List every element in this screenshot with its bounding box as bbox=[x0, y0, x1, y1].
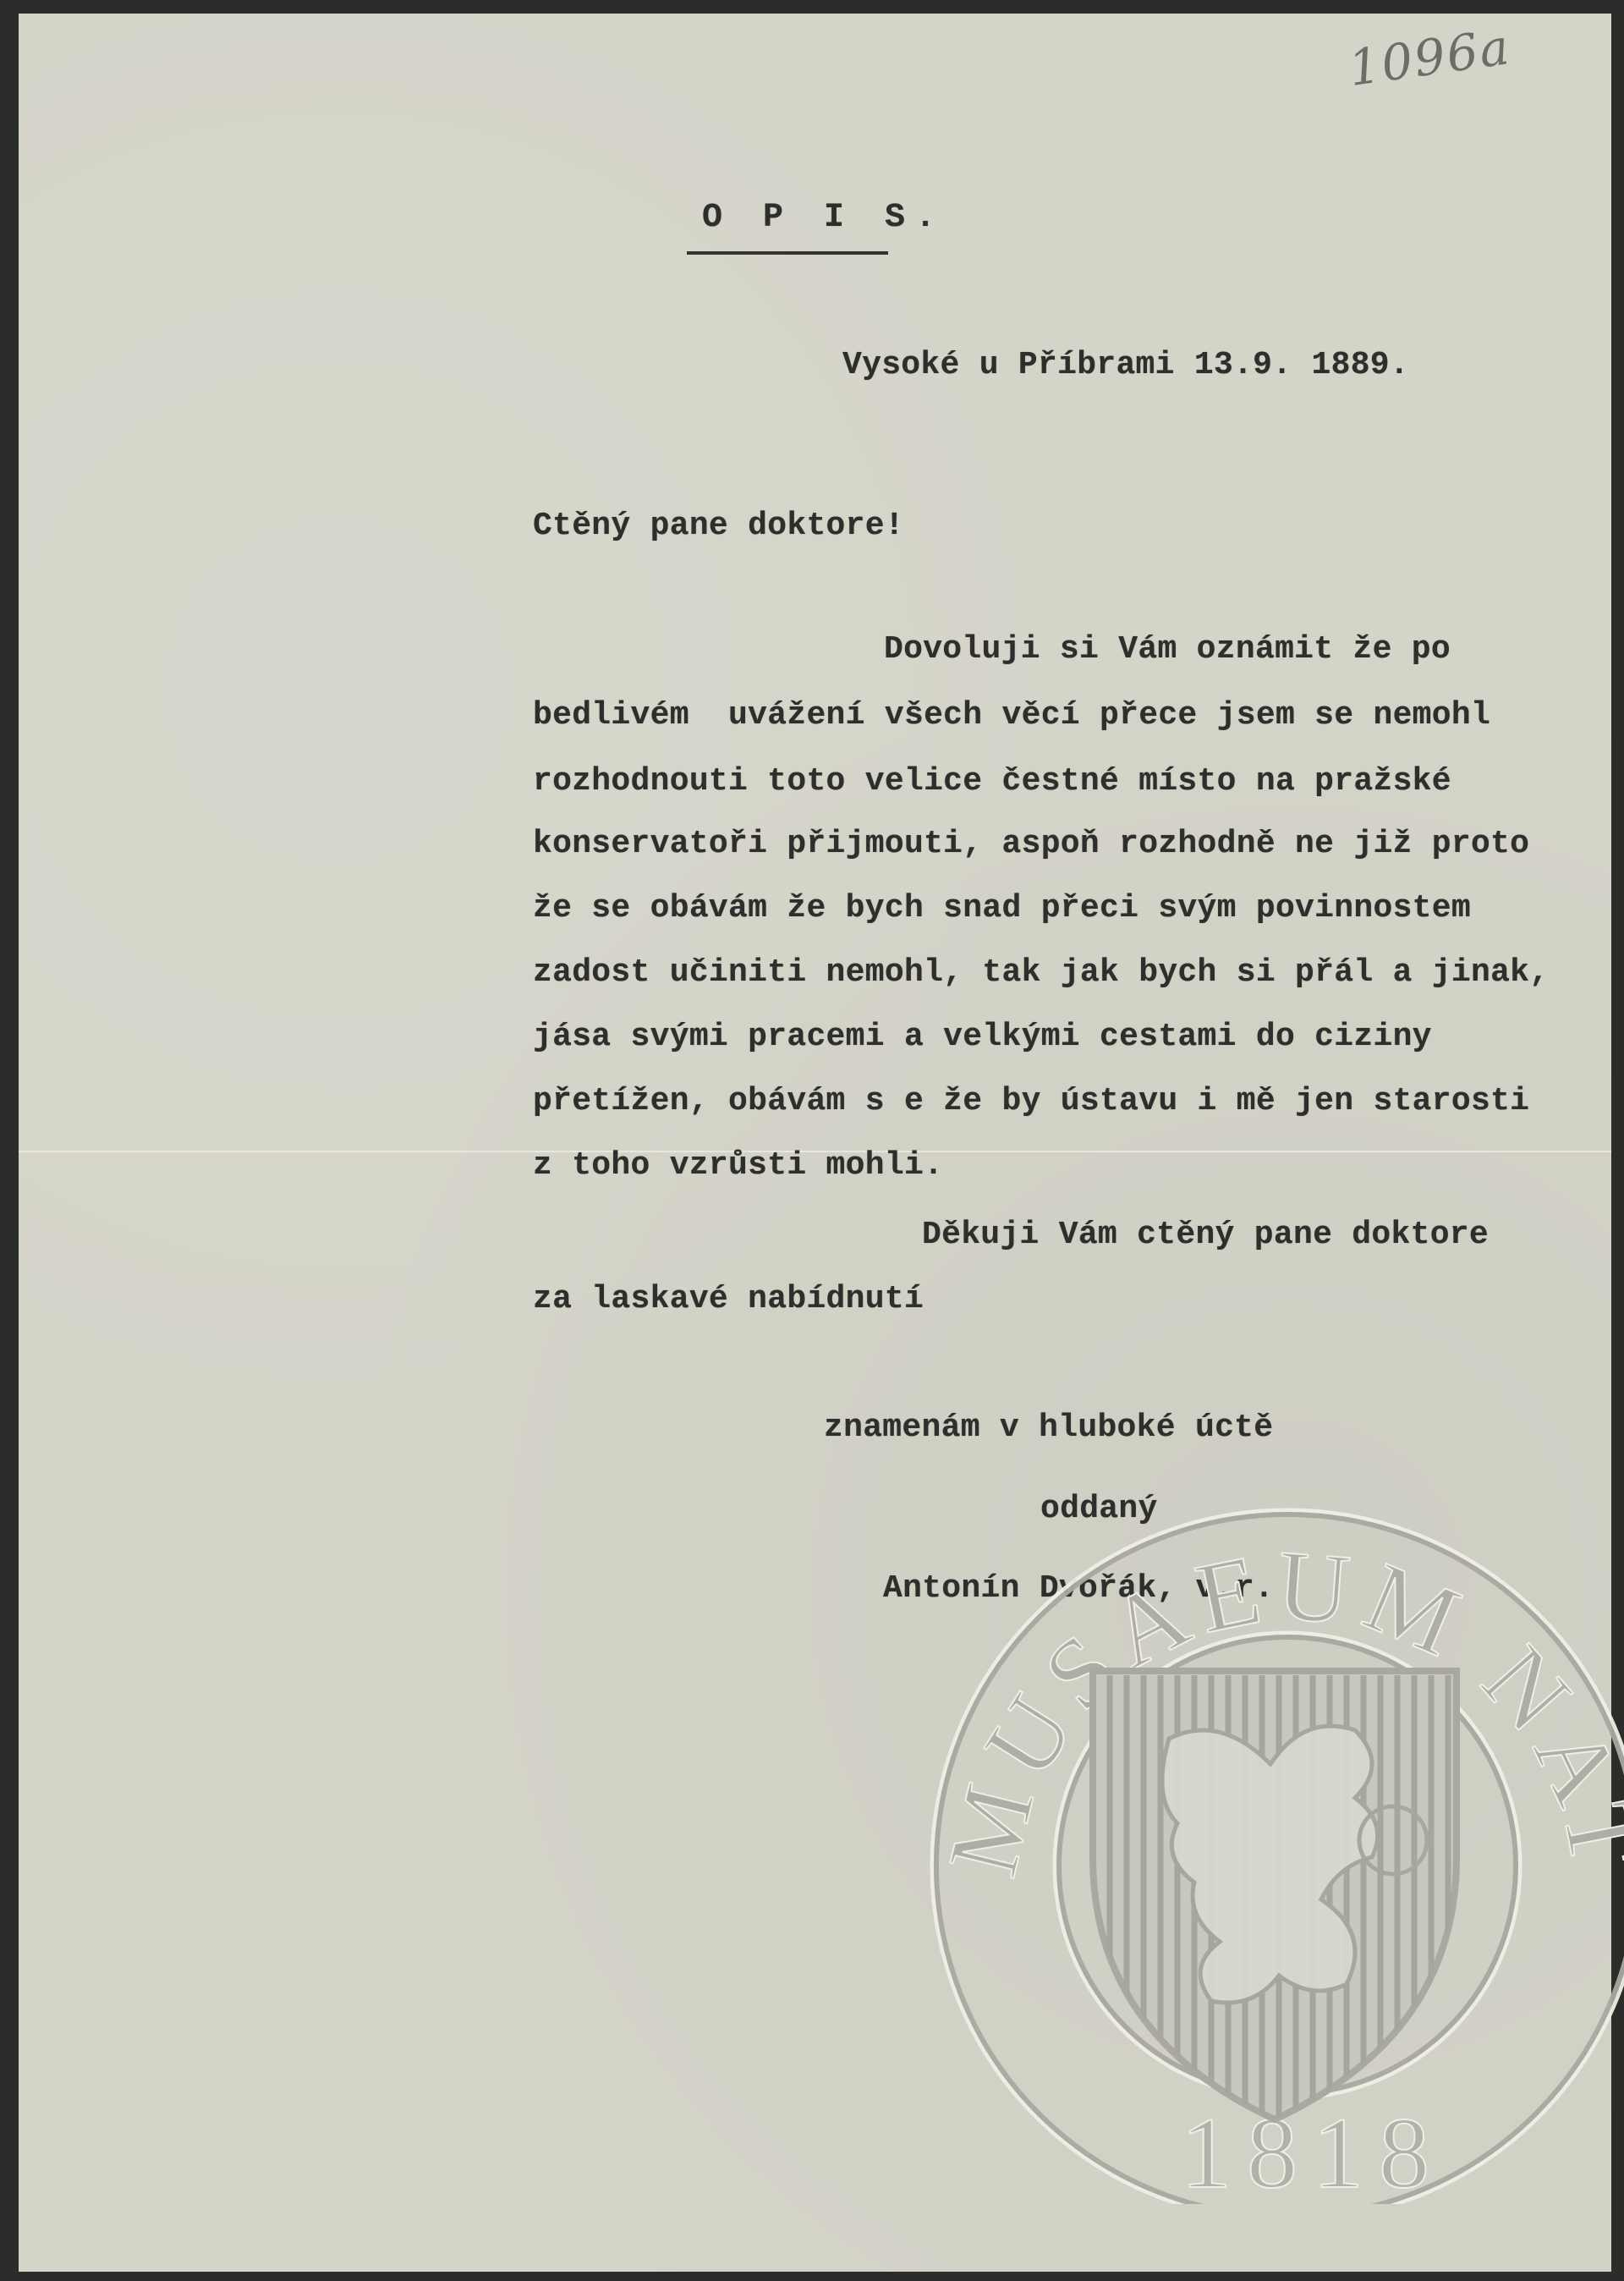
signature: Antonín Dvořák, v.r. bbox=[883, 1572, 1274, 1606]
place-date: Vysoké u Příbrami 13.9. 1889. bbox=[842, 349, 1409, 382]
thanks-line: za laskavé nabídnutí bbox=[533, 1283, 924, 1316]
body-line: z toho vzrůsti mohli. bbox=[533, 1149, 943, 1183]
closing-formula: znamenám v hluboké úctě bbox=[824, 1411, 1273, 1445]
salutation: Ctěný pane doktore! bbox=[533, 509, 904, 543]
body-line: konservatoři přijmouti, aspoň rozhodně n… bbox=[533, 827, 1529, 861]
body-line: přetížen, obávám s e že by ústavu i mě j… bbox=[533, 1085, 1529, 1119]
document-page: 1096a O P I S. Vysoké u Příbrami 13.9. 1… bbox=[19, 14, 1611, 2272]
closing-devoted: oddaný bbox=[1040, 1492, 1158, 1526]
body-line: jása svými pracemi a velkými cestami do … bbox=[533, 1020, 1432, 1054]
body-line: rozhodnouti toto velice čestné místo na … bbox=[533, 765, 1451, 799]
body-line: bedlivém uvážení všech věcí přece jsem s… bbox=[533, 699, 1490, 733]
document-title: O P I S. bbox=[702, 201, 946, 235]
thanks-line: Děkuji Vám ctěný pane doktore bbox=[922, 1218, 1489, 1252]
title-underline bbox=[687, 251, 888, 255]
archive-number: 1096a bbox=[1345, 18, 1514, 97]
body-line: Dovoluji si Vám oznámit že po bbox=[884, 633, 1451, 667]
body-line: zadost učiniti nemohl, tak jak bych si p… bbox=[533, 956, 1549, 990]
body-line: že se obávám že bych snad přeci svým pov… bbox=[533, 892, 1471, 926]
